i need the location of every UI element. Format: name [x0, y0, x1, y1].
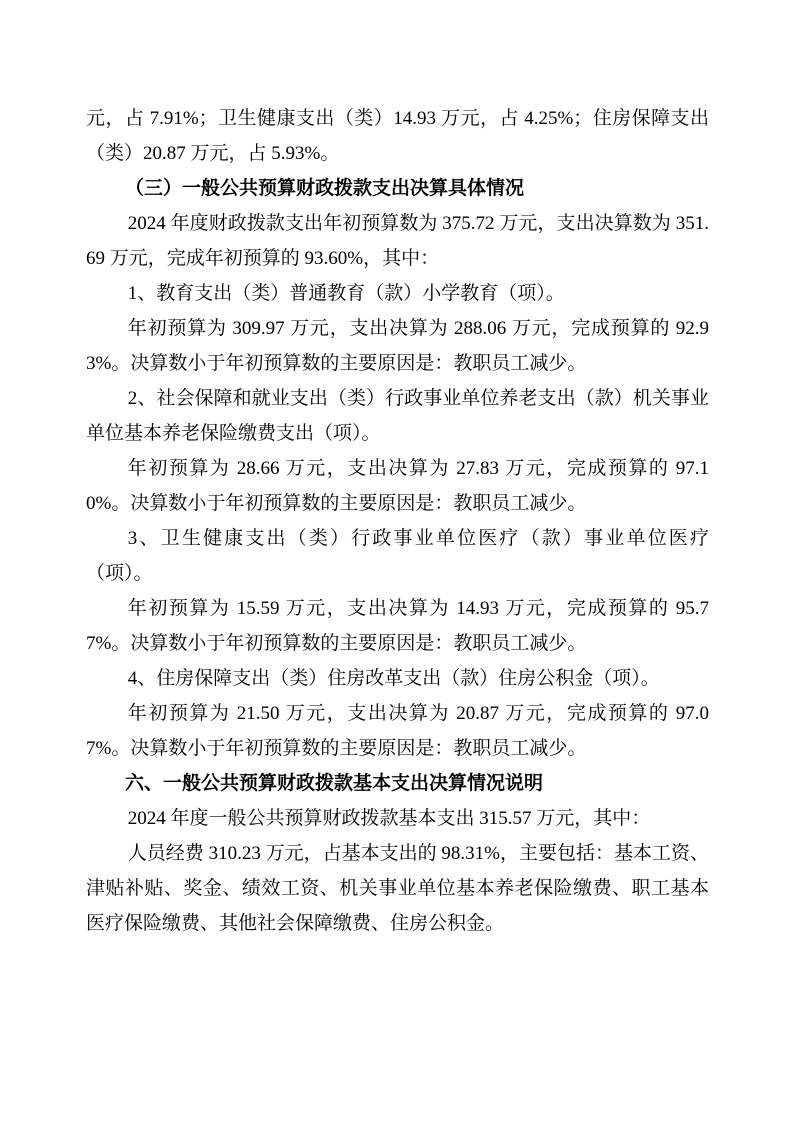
document-page: 元，占 7.91%；卫生健康支出（类）14.93 万元，占 4.25%；住房保障…: [0, 0, 793, 1122]
body-paragraph: 2024 年度一般公共预算财政拨款基本支出 315.57 万元，其中：: [86, 801, 709, 836]
section-heading: 六、一般公共预算财政拨款基本支出决算情况说明: [86, 766, 709, 801]
body-paragraph: 2024 年度财政拨款支出年初预算数为 375.72 万元，支出决算数为 351…: [86, 206, 709, 276]
section-heading: （三）一般公共预算财政拨款支出决算具体情况: [86, 171, 709, 206]
body-paragraph: 2、社会保障和就业支出（类）行政事业单位养老支出（款）机关事业单位基本养老保险缴…: [86, 381, 709, 451]
body-paragraph: 人员经费 310.23 万元，占基本支出的 98.31%，主要包括：基本工资、津…: [86, 836, 709, 941]
document-content: 元，占 7.91%；卫生健康支出（类）14.93 万元，占 4.25%；住房保障…: [86, 101, 709, 941]
body-paragraph: 年初预算为 21.50 万元，支出决算为 20.87 万元，完成预算的 97.0…: [86, 696, 709, 766]
body-paragraph: 1、教育支出（类）普通教育（款）小学教育（项）。: [86, 276, 709, 311]
body-paragraph: 3、卫生健康支出（类）行政事业单位医疗（款）事业单位医疗（项）。: [86, 521, 709, 591]
body-paragraph: 年初预算为 15.59 万元，支出决算为 14.93 万元，完成预算的 95.7…: [86, 591, 709, 661]
body-paragraph: 年初预算为 28.66 万元，支出决算为 27.83 万元，完成预算的 97.1…: [86, 451, 709, 521]
body-paragraph: 年初预算为 309.97 万元，支出决算为 288.06 万元，完成预算的 92…: [86, 311, 709, 381]
body-paragraph: 4、住房保障支出（类）住房改革支出（款）住房公积金（项）。: [86, 661, 709, 696]
body-paragraph: 元，占 7.91%；卫生健康支出（类）14.93 万元，占 4.25%；住房保障…: [86, 101, 709, 171]
